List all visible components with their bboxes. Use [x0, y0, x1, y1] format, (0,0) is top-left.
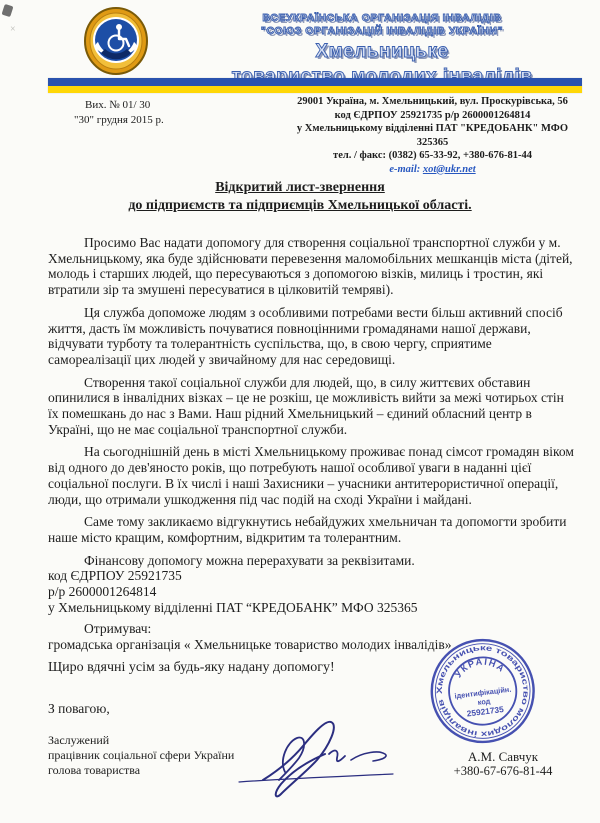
round-stamp-icon: Хмельницьке товариство молодих інвалідів…: [420, 629, 545, 754]
handwritten-signature: [233, 708, 433, 808]
paragraph: Просимо Вас надати допомогу для створенн…: [48, 235, 576, 298]
scan-artifact-tick: ×: [10, 24, 16, 35]
paragraph: На сьогоднішній день в місті Хмельницько…: [48, 444, 576, 507]
outgoing-number: Вих. № 01/ 30: [85, 99, 150, 111]
signer-phone: +380-67-676-81-44: [423, 764, 583, 779]
contact-address: 29001 Україна, м. Хмельницький, вул. Про…: [283, 95, 582, 109]
organization-stamp: Хмельницьке товариство молодих інвалідів…: [420, 629, 545, 759]
letter-title: Відкритий лист-звернення до підприємств …: [60, 179, 540, 214]
signer-name: А.М. Савчук: [438, 749, 568, 765]
title-line1: Відкритий лист-звернення: [215, 180, 385, 195]
flag-blue-band: [48, 78, 582, 86]
contact-block: 29001 Україна, м. Хмельницький, вул. Про…: [283, 95, 582, 176]
title-line2: до підприємств та підприємців Хмельницьк…: [128, 198, 471, 213]
flag-yellow-band: [48, 86, 582, 93]
email-label: e-mail:: [389, 164, 423, 175]
org-parent-line1: ВСЕУКРАЇНСЬКА ОРГАНІЗАЦІЯ ІНВАЛІДІВ: [178, 12, 586, 25]
paragraph: Саме тому закликаємо відгукнутись небайд…: [48, 514, 576, 545]
paragraph: Ця служба допоможе людям з особливими по…: [48, 305, 576, 368]
requisite-line: р/р 2600001264814: [48, 584, 576, 600]
letterhead-organization: ВСЕУКРАЇНСЬКА ОРГАНІЗАЦІЯ ІНВАЛІДІВ "СОЮ…: [178, 12, 586, 88]
stamp-center-line3: 25921735: [466, 704, 504, 718]
scanned-letter-page: × ВСЕУКРАЇНСЬКА ОРГАНІЗАЦІЯ ІНВАЛІДІВ "С…: [0, 0, 600, 823]
org-name-line1: Хмельницьке: [178, 40, 586, 63]
paragraph: Фінансову допомогу можна перерахувати за…: [48, 553, 576, 569]
requisite-line: у Хмельницькому відділенні ПАТ “КРЕДОБАН…: [48, 600, 576, 616]
org-parent-line2: "СОЮЗ ОРГАНІЗАЦІЙ ІНВАЛІДІВ УКРАЇНИ": [178, 25, 586, 38]
ukraine-flag-stripe: [48, 78, 582, 93]
contact-codes: код ЄДРПОУ 25921735 р/р 2600001264814: [283, 109, 582, 123]
contact-bank: у Хмельницькому відділенні ПАТ "КРЕДОБАН…: [283, 122, 582, 149]
wheelchair-emblem-icon: [74, 4, 158, 78]
contact-email-line: e-mail: xot@ukr.net: [283, 163, 582, 177]
organization-logo: [74, 4, 158, 83]
requisite-line: код ЄДРПОУ 25921735: [48, 568, 576, 584]
signature-icon: [233, 708, 433, 803]
letter-date: "30" грудня 2015 р.: [74, 114, 164, 126]
email-link[interactable]: xot@ukr.net: [423, 164, 476, 175]
contact-phone: тел. / факс: (0382) 65-33-92, +380-676-8…: [283, 149, 582, 163]
paragraph: Створення такої соціальної служби для лю…: [48, 375, 576, 438]
scan-artifact-mark: [2, 4, 14, 17]
